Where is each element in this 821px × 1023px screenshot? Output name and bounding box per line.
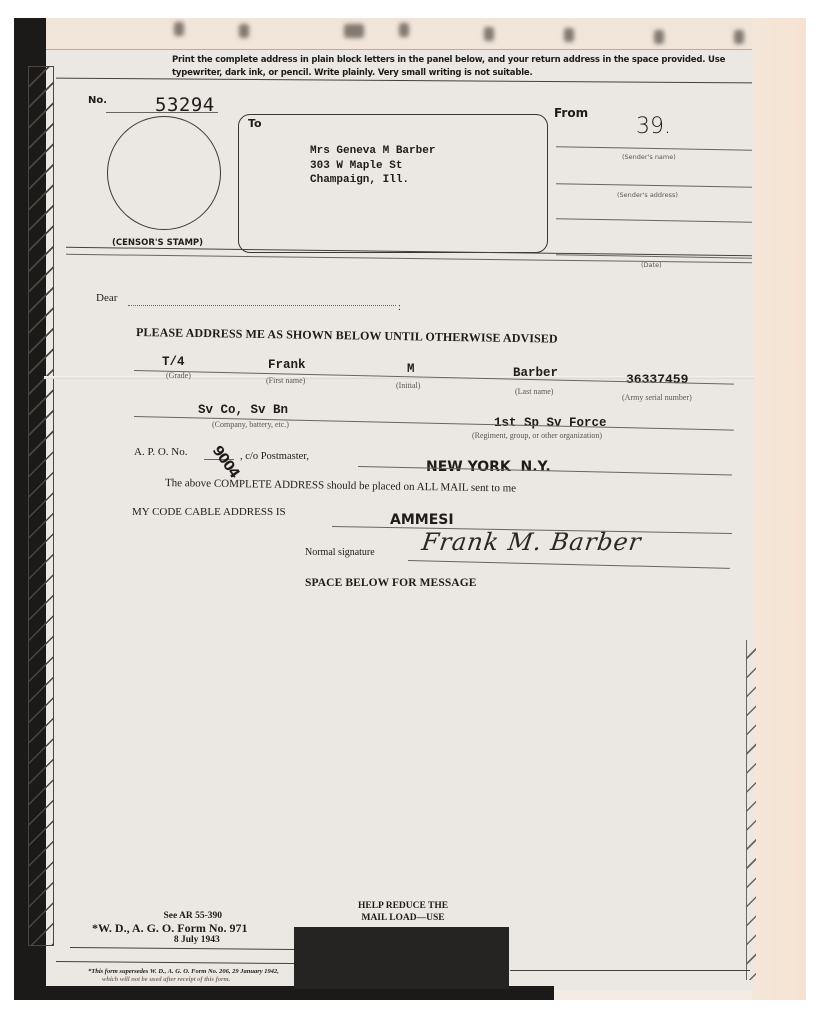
supersede-line-2: which will not be used after receipt of … <box>88 976 279 984</box>
serial-number-value: 36337459 <box>626 372 688 387</box>
last-name-caption: (Last name) <box>515 387 553 396</box>
company-caption: (Company, battery, etc.) <box>212 420 289 429</box>
regiment-value: 1st Sp Sv Force <box>494 416 607 430</box>
hatched-border-left <box>28 66 54 946</box>
paper-margin <box>752 18 806 1000</box>
initial-caption: (Initial) <box>396 381 420 390</box>
recipient-street: 303 W Maple St <box>310 159 435 174</box>
number-value: 53294 <box>155 94 215 116</box>
signature-label: Normal signature <box>305 547 375 558</box>
first-name-caption: (First name) <box>266 376 305 385</box>
sender-name-caption: (Sender's name) <box>622 153 676 161</box>
help-line-2: MAIL LOAD—USE <box>358 912 448 924</box>
signature-value: Frank M. Barber <box>420 528 643 556</box>
top-strip <box>44 18 752 50</box>
hatched-border-right <box>746 640 756 980</box>
sender-address-caption: (Sender's address) <box>617 191 678 199</box>
censor-stamp-circle <box>107 116 221 230</box>
code-cable-label: MY CODE CABLE ADDRESS IS <box>132 506 286 518</box>
to-label: To <box>248 117 262 130</box>
dear-line <box>128 305 396 306</box>
help-reduce-text: HELP REDUCE THE MAIL LOAD—USE <box>358 900 448 924</box>
grade-value: T/4 <box>162 355 185 369</box>
dear-colon: : <box>398 302 401 313</box>
from-value: 39. <box>636 114 671 139</box>
from-label: From <box>554 106 588 120</box>
serial-number-caption: (Army serial number) <box>622 393 692 402</box>
help-line-1: HELP REDUCE THE <box>358 900 448 912</box>
first-name-value: Frank <box>268 358 306 372</box>
date-caption: (Date) <box>641 261 662 269</box>
code-cable-value: AMMESI <box>390 512 454 528</box>
message-area <box>70 610 746 910</box>
grade-caption: (Grade) <box>166 371 191 380</box>
v-mail-logo-blackout <box>294 927 509 989</box>
form-number: *W. D., A. G. O. Form No. 971 <box>92 922 248 934</box>
initial-value: M <box>407 362 415 376</box>
supersede-note: *This form supersedes W. D., A. G. O. Fo… <box>88 968 279 984</box>
recipient-city: Champaign, Ill. <box>310 173 435 188</box>
regiment-caption: (Regiment, group, or other organization) <box>472 431 602 440</box>
censor-stamp-label: (CENSOR'S STAMP) <box>112 238 203 248</box>
number-label: No. <box>88 95 107 106</box>
instructions-text: Print the complete address in plain bloc… <box>172 54 732 80</box>
footer-rule-3 <box>510 970 750 971</box>
recipient-address: Mrs Geneva M Barber 303 W Maple St Champ… <box>310 144 435 188</box>
recipient-name: Mrs Geneva M Barber <box>310 144 435 159</box>
message-heading: SPACE BELOW FOR MESSAGE <box>305 577 477 589</box>
form-identification: See AR 55-390 *W. D., A. G. O. Form No. … <box>92 910 248 946</box>
supersede-line-1: *This form supersedes W. D., A. G. O. Fo… <box>88 968 279 976</box>
apo-label: A. P. O. No. <box>134 446 187 458</box>
form-date: 8 July 1943 <box>92 934 248 946</box>
dear-label: Dear <box>96 292 117 304</box>
company-value: Sv Co, Sv Bn <box>198 403 288 417</box>
postmaster-label: , c/o Postmaster, <box>240 451 309 462</box>
